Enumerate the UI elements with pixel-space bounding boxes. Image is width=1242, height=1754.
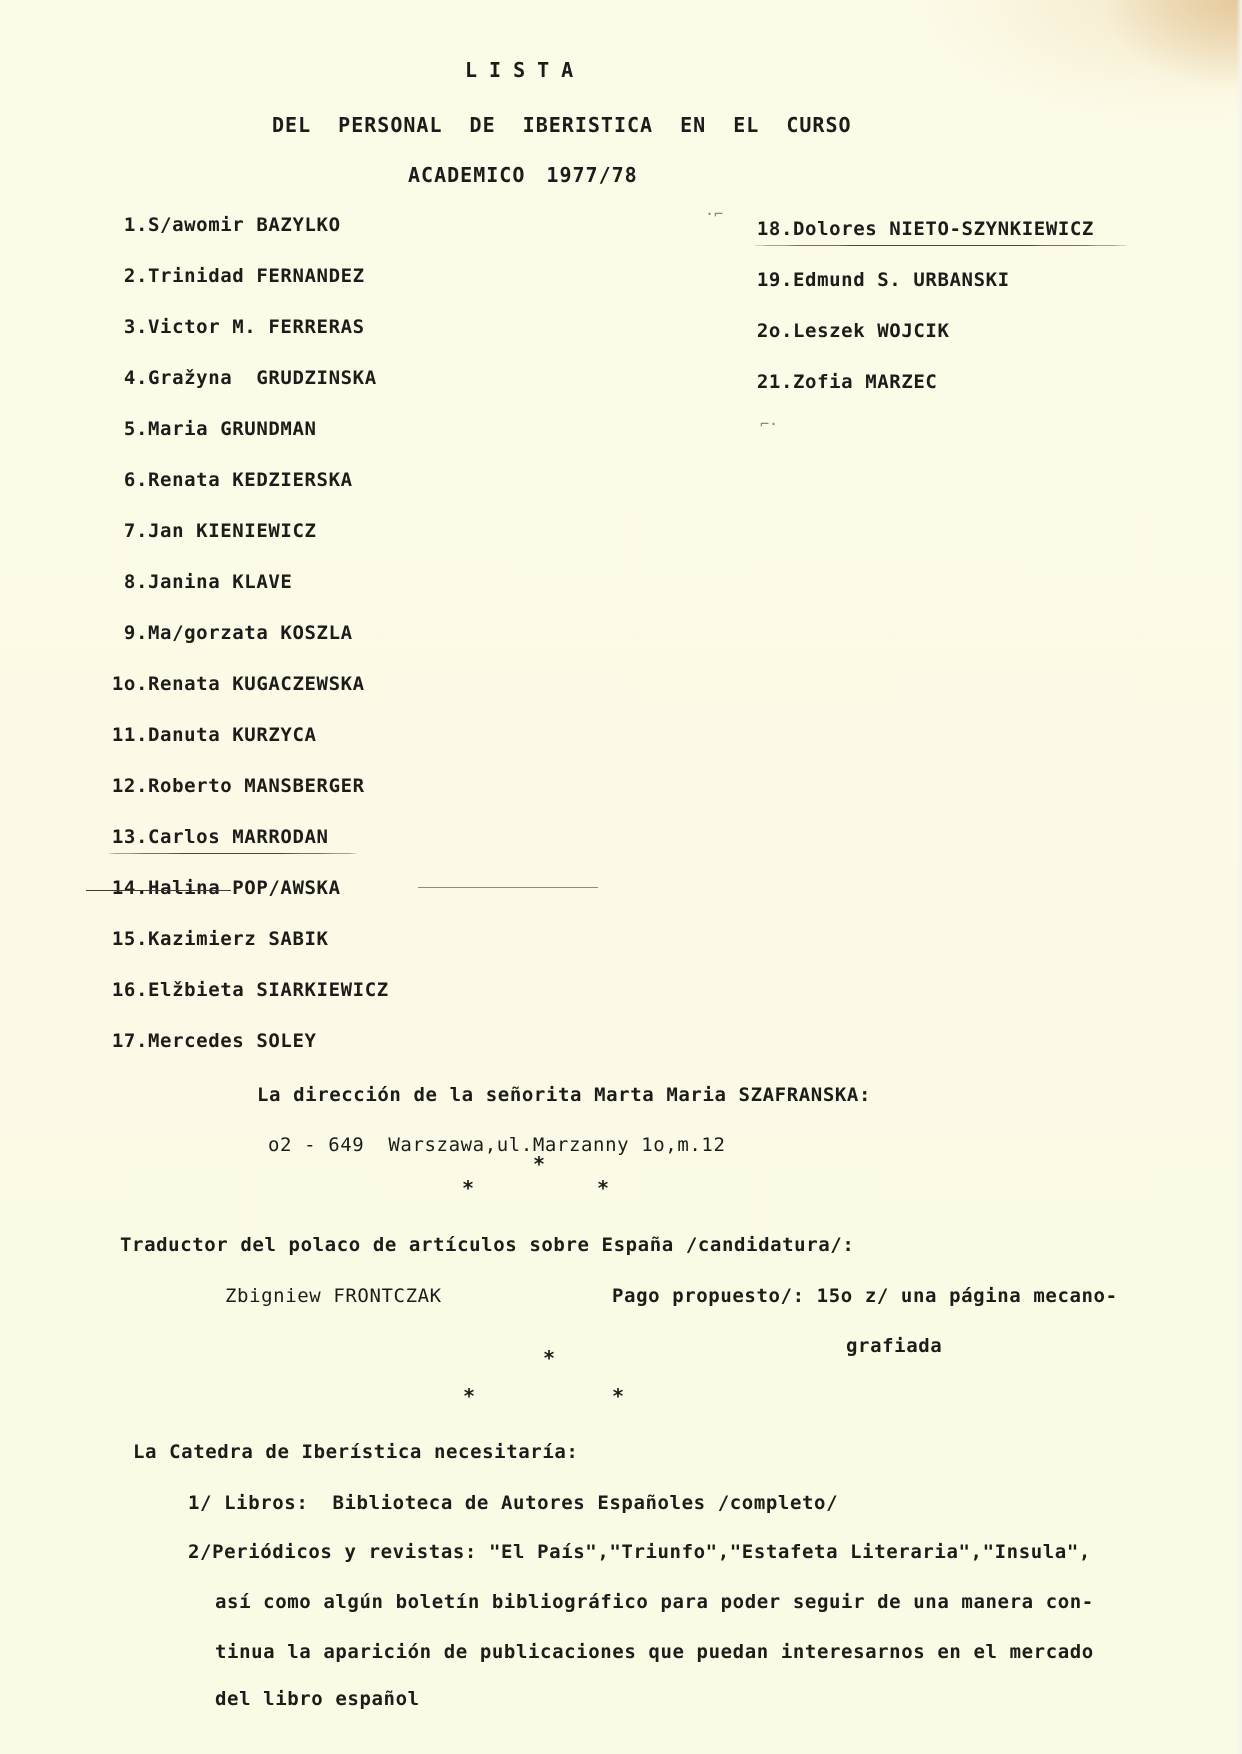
staff-name: Gražyna GRUDZINSKA [148,367,377,389]
staff-number: 9. [124,622,148,644]
staff-number: 1o. [112,673,148,695]
address-value: o2 - 649 Warszawa,ul.Marzanny 1o,m.12 [268,1134,725,1156]
staff-name: Carlos MARRODAN [148,826,329,848]
needs-item-1: 1/ Libros: Biblioteca de Autores Español… [188,1492,838,1514]
staff-number: 21. [757,371,793,393]
needs-item-2-line1: 2/Periódicos y revistas: "El País","Triu… [188,1541,1091,1563]
handwritten-underline [108,853,357,854]
staff-name: Edmund S. URBANSKI [793,269,1010,291]
staff-name: Halina POP/AWSKA [148,877,341,899]
handwritten-underline [753,245,1128,246]
staff-name: Kazimierz SABIK [148,928,329,950]
staff-number: 5. [124,418,148,440]
document-page: LISTA DEL PERSONAL DE IBERISTICA EN EL C… [0,0,1242,1754]
needs-item-2-line2: así como algún boletín bibliográfico par… [215,1591,1094,1613]
staff-number: 16. [112,979,148,1001]
separator-star: * [462,1176,474,1200]
translator-heading: Traductor del polaco de artículos sobre … [120,1234,854,1256]
strikethrough-line [86,890,231,891]
staff-name: Ma/gorzata KOSZLA [148,622,353,644]
staff-name: Janina KLAVE [148,571,292,593]
strikethrough-line [418,887,598,888]
staff-number: 18. [757,218,793,240]
document-subtitle-line1: DEL PERSONAL DE IBERISTICA EN EL CURSO [272,113,852,137]
staff-name: S/awomir BAZYLKO [148,214,341,236]
translator-payment-cont: grafiada [846,1335,942,1357]
separator-star: * [543,1346,555,1370]
staff-number: 8. [124,571,148,593]
staff-number: 19. [757,269,793,291]
address-label: La dirección de la señorita Marta Maria … [257,1084,871,1106]
separator-star: * [612,1384,624,1408]
staff-name: Roberto MANSBERGER [148,775,365,797]
needs-item-2-line4: del libro español [215,1688,420,1710]
document-title: LISTA [465,58,585,82]
translator-payment: Pago propuesto/: 15o z/ una página mecan… [612,1285,1118,1307]
staff-name: Elžbieta SIARKIEWICZ [148,979,389,1001]
staff-number: 15. [112,928,148,950]
staff-number: 17. [112,1030,148,1052]
needs-item-2-line3: tinua la aparición de publicaciones que … [215,1641,1094,1663]
staff-number: 7. [124,520,148,542]
staff-name: Zofia MARZEC [793,371,937,393]
staff-number: 2. [124,265,148,287]
staff-number: 4. [124,367,148,389]
staff-number: 2o. [757,320,793,342]
staff-name: Jan KIENIEWICZ [148,520,317,542]
staff-number: 14. [112,877,148,899]
staff-name: Maria GRUNDMAN [148,418,317,440]
staff-name: Trinidad FERNANDEZ [148,265,365,287]
needs-heading: La Catedra de Iberística necesitaría: [133,1441,578,1463]
staff-name: Renata KUGACZEWSKA [148,673,365,695]
document-subtitle-line2: ACADEMICO 1977/78 [408,163,638,187]
staff-number: 6. [124,469,148,491]
staff-number: 1. [124,214,148,236]
staff-name: Mercedes SOLEY [148,1030,317,1052]
staff-number: 3. [124,316,148,338]
pencil-mark: ⌐· [760,415,778,433]
staff-number: 12. [112,775,148,797]
staff-name: Danuta KURZYCA [148,724,317,746]
separator-star: * [533,1152,545,1176]
paper-edge [1236,0,1242,1754]
separator-star: * [597,1176,609,1200]
staff-name: Victor M. FERRERAS [148,316,365,338]
staff-number: 13. [112,826,148,848]
separator-star: * [463,1384,475,1408]
staff-number: 11. [112,724,148,746]
staff-name: Leszek WOJCIK [793,320,950,342]
staff-name: Renata KEDZIERSKA [148,469,353,491]
translator-name: Zbigniew FRONTCZAK [225,1285,442,1307]
pencil-mark: ·⌐ [705,205,723,223]
staff-name: Dolores NIETO-SZYNKIEWICZ [793,218,1094,240]
